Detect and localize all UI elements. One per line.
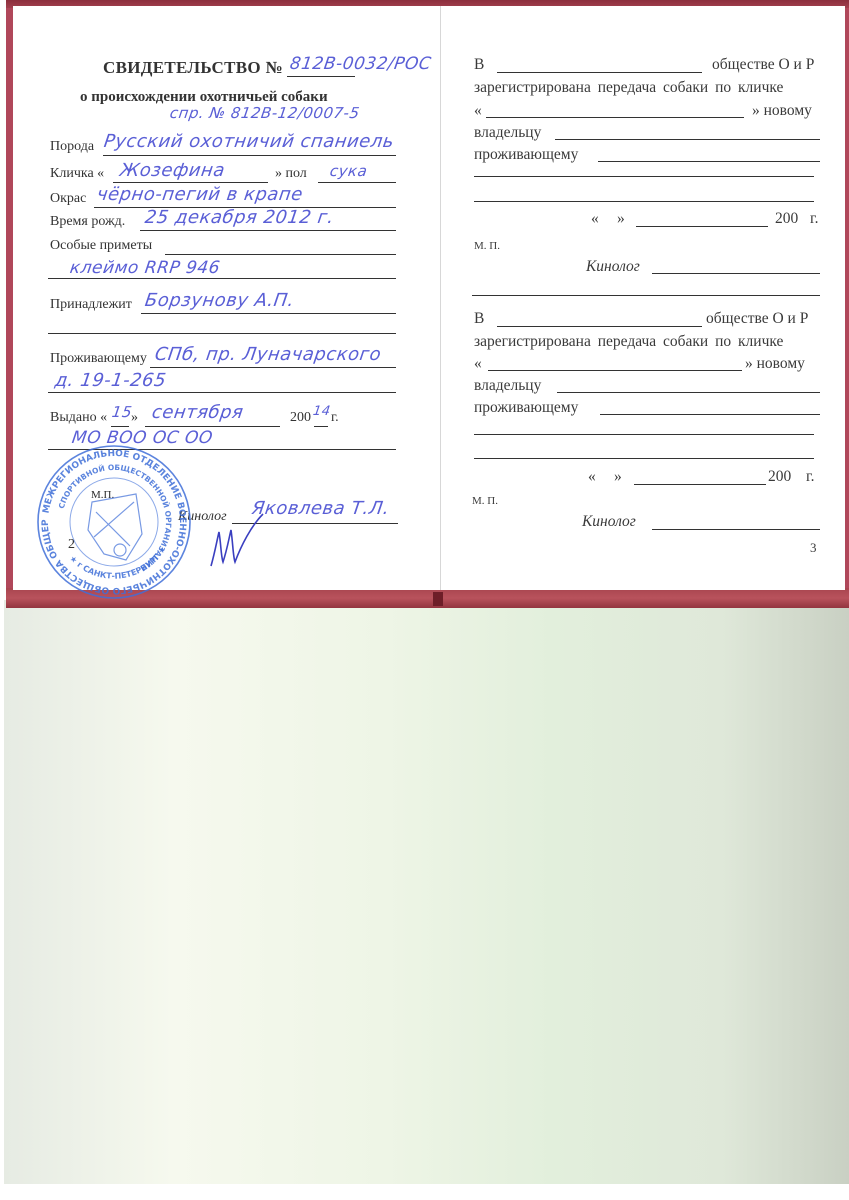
block1-registered-text: зарегистрирована передача собаки по клич…: [474, 79, 783, 97]
block1-extra-line-2: [474, 201, 814, 202]
breed-label: Порода: [50, 139, 94, 155]
organization-stamp-icon: МЕЖРЕГИОНАЛЬНОЕ ОТДЕЛЕНИЕ ВОЕННО-ОХОТНИЧ…: [34, 442, 194, 602]
block2-new-owner-line: [557, 392, 820, 393]
birth-value: 25 декабря 2012 г.: [144, 207, 336, 228]
spine-notch: [433, 592, 443, 606]
block1-new-owner-label: владельцу: [474, 124, 541, 142]
name-label: Кличка «: [50, 166, 104, 182]
reference-note: спр. № 812В-12/0007-5: [169, 104, 361, 122]
issued-year-line: [314, 426, 328, 427]
name-line: [113, 182, 268, 183]
block2-society-line: [497, 326, 702, 327]
block1-cynologist-line: [652, 273, 820, 274]
block2-registered-text: зарегистрирована передача собаки по клич…: [474, 333, 783, 351]
block2-seal-label: М. П.: [472, 495, 498, 507]
block1-quote-open: «: [474, 102, 482, 120]
sex-label: » пол: [275, 166, 307, 182]
birth-label: Время рожд.: [50, 214, 125, 230]
issued-month: сентября: [151, 402, 245, 423]
block1-dog-name-line: [486, 117, 744, 118]
block2-extra-line-2: [474, 458, 814, 459]
block2-date-close: »: [614, 468, 622, 486]
block1-new-owner-line: [555, 139, 820, 140]
block2-cynologist-line: [652, 529, 820, 530]
block2-quote-open: «: [474, 355, 482, 373]
address-label: Проживающему: [50, 351, 147, 367]
marks-label: Особые приметы: [50, 238, 152, 254]
block2-address-line: [600, 414, 820, 415]
marks-line-2: [48, 278, 396, 279]
issued-mid: »: [131, 410, 138, 426]
block1-date-line: [636, 226, 768, 227]
marks-value: клеймо RRP 946: [69, 258, 222, 278]
sex-line: [318, 182, 396, 183]
breed-value: Русский охотничий спаниель: [103, 131, 396, 152]
block2-year-label: 200: [768, 468, 791, 486]
issued-year-end: г.: [331, 410, 339, 426]
block2-extra-line-1: [474, 434, 814, 435]
block2-year-end: г.: [806, 468, 814, 486]
block1-year-end: г.: [810, 210, 818, 228]
certificate-title: СВИДЕТЕЛЬСТВО №: [103, 58, 283, 78]
birth-line: [140, 230, 396, 231]
address-value-1: СПб, пр. Луначарского: [154, 344, 383, 365]
block2-society-label: обществе О и Р: [706, 310, 808, 328]
block2-in-label: В: [474, 310, 484, 328]
issued-day: 15: [111, 403, 134, 421]
block-separator-line: [472, 295, 820, 296]
block1-date-close: »: [617, 210, 625, 228]
sex-value: сука: [329, 162, 369, 180]
issued-label: Выдано «: [50, 410, 107, 426]
scanner-background: [4, 600, 849, 1184]
certificate-number: 812В-0032/РОС: [289, 54, 433, 74]
block2-quote-close: » новому: [745, 355, 805, 373]
block1-address-line: [598, 161, 820, 162]
owner-line-2: [48, 333, 396, 334]
signature-icon: [205, 512, 265, 568]
issued-year-prefix: 200: [290, 410, 311, 426]
block2-dog-name-line: [488, 370, 742, 371]
block1-extra-line-1: [474, 176, 814, 177]
block1-in-label: В: [474, 56, 484, 74]
owner-line: [141, 313, 396, 314]
color-label: Окрас: [50, 191, 86, 207]
cynologist-value: Яковлева Т.Л.: [251, 498, 391, 519]
dog-name-value: Жозефина: [119, 160, 227, 181]
block1-address-label: проживающему: [474, 146, 578, 164]
block2-new-owner-label: владельцу: [474, 377, 541, 395]
block1-society-label: обществе О и Р: [712, 56, 814, 74]
block1-quote-close: » новому: [752, 102, 812, 120]
block1-seal-label: М. П.: [474, 240, 500, 252]
block2-date-open: «: [588, 468, 596, 486]
issued-day-line: [111, 426, 129, 427]
block1-society-line: [497, 72, 702, 73]
certificate-number-line: [287, 76, 355, 77]
address-value-2: д. 19-1-265: [54, 370, 168, 391]
block1-year-label: 200: [775, 210, 798, 228]
block2-date-line: [634, 484, 766, 485]
color-value: чёрно-пегий в крапе: [96, 184, 305, 205]
marks-line: [165, 254, 396, 255]
owner-label: Принадлежит: [50, 297, 132, 313]
address-line: [150, 367, 396, 368]
block2-cynologist-label: Кинолог: [582, 513, 636, 531]
issued-year-suffix: 14: [312, 404, 332, 419]
page-number-right: 3: [810, 540, 817, 556]
block2-address-label: проживающему: [474, 399, 578, 417]
owner-value: Борзунову А.П.: [144, 290, 296, 311]
issued-month-line: [145, 426, 280, 427]
breed-line: [103, 155, 396, 156]
block1-date-open: «: [591, 210, 599, 228]
address-line-2: [48, 392, 396, 393]
block1-cynologist-label: Кинолог: [586, 258, 640, 276]
